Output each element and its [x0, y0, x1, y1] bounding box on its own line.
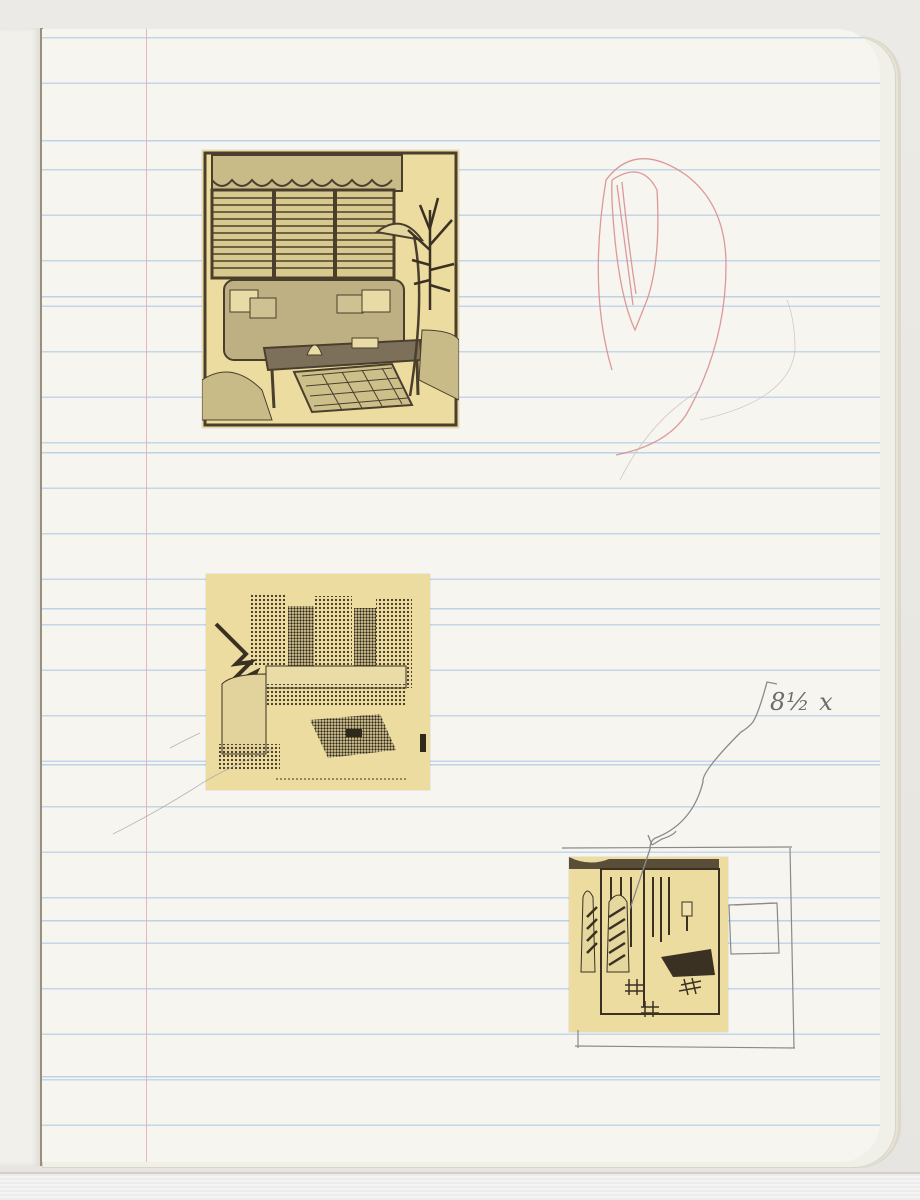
left-page-edge — [0, 28, 43, 1166]
ruled-lines — [42, 29, 880, 1162]
margin-line — [146, 29, 147, 1162]
clipping-mirror-closet — [569, 857, 728, 1032]
handwritten-dimension-note: 8½ x — [770, 688, 834, 716]
clipping-living-room — [202, 150, 459, 428]
notebook-page — [42, 29, 880, 1162]
mirror-closet-illustration — [569, 857, 728, 1032]
clipping-sectional-sofa — [206, 574, 430, 790]
bottom-edge-strip — [0, 1172, 920, 1200]
sectional-sofa-illustration — [206, 574, 430, 790]
living-room-illustration — [202, 150, 459, 428]
